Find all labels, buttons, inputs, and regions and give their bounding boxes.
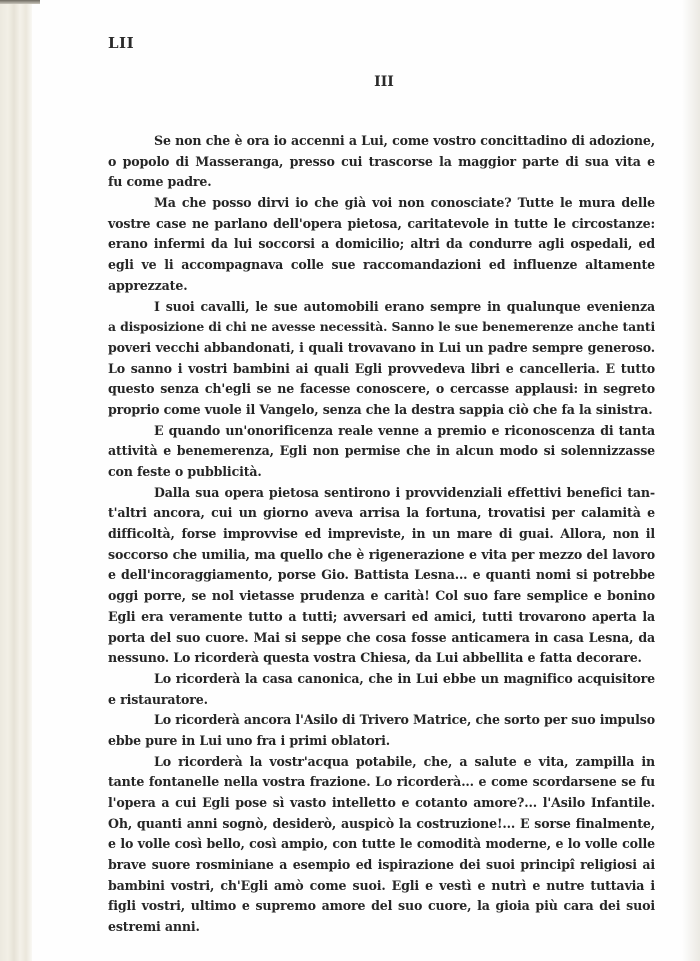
page-right-shadow: [682, 0, 700, 961]
text-line: con feste o pubblicità.: [108, 462, 655, 483]
text-line: questo senza ch'egli se ne facesse conos…: [108, 379, 655, 400]
text-line: l'opera a cui Egli pose sì vasto intelle…: [108, 793, 655, 814]
text-line: Oh, quanti anni sognò, desiderò, auspicò…: [108, 814, 655, 835]
text-line: nessuno. Lo ricorderà questa vostra Chie…: [108, 648, 655, 669]
text-line: I suoi cavalli, le sue automobili erano …: [108, 297, 655, 318]
text-line: soccorso che umilia, ma quello che è rig…: [108, 545, 655, 566]
text-line: ebbe pure in Lui uno fra i primi oblator…: [108, 731, 655, 752]
text-line: proprio come vuole il Vangelo, senza che…: [108, 400, 655, 421]
paragraph: E quando un'onorificenza reale venne a p…: [108, 421, 655, 483]
text-line: Lo ricorderà ancora l'Asilo di Trivero M…: [108, 710, 655, 731]
text-line: e dell'incoraggiamento, porse Gio. Batti…: [108, 565, 655, 586]
text-line: difficoltà, forse improvvise ed imprevis…: [108, 524, 655, 545]
text-line: attività e benemerenza, Egli non permise…: [108, 441, 655, 462]
text-line: e ristauratore.: [108, 690, 655, 711]
text-line: t'altri ancora, cui un giorno aveva arri…: [108, 503, 655, 524]
paragraph: Dalla sua opera pietosa sentirono i prov…: [108, 483, 655, 669]
text-line: vostre case ne parlano dell'opera pietos…: [108, 214, 655, 235]
paragraph: I suoi cavalli, le sue automobili erano …: [108, 297, 655, 421]
paragraph: Se non che è ora io accenni a Lui, come …: [108, 131, 655, 193]
text-line: bambini vostri, ch'Egli amò come suoi. E…: [108, 876, 655, 897]
text-line: Lo ricorderà la vostr'acqua potabile, ch…: [108, 752, 655, 773]
text-line: oggi porre, se nol vietasse prudenza e c…: [108, 586, 655, 607]
page-top-shadow: [0, 0, 40, 4]
text-line: Ma che posso dirvi io che già voi non co…: [108, 193, 655, 214]
text-line: a disposizione di chi ne avesse necessit…: [108, 317, 655, 338]
text-line: erano infermi da lui soccorsi a domicili…: [108, 234, 655, 255]
body-text: Se non che è ora io accenni a Lui, come …: [108, 131, 655, 938]
text-line: tante fontanelle nella vostra frazione. …: [108, 772, 655, 793]
text-line: e lo volle così bello, così ampio, con t…: [108, 834, 655, 855]
paragraph: Lo ricorderà la vostr'acqua potabile, ch…: [108, 752, 655, 938]
text-line: porta del suo cuore. Mai si seppe che co…: [108, 628, 655, 649]
text-line: Egli era veramente tutto a tutti; avvers…: [108, 607, 655, 628]
text-line: Lo sanno i vostri bambini ai quali Egli …: [108, 359, 655, 380]
text-line: E quando un'onorificenza reale venne a p…: [108, 421, 655, 442]
text-line: fu come padre.: [108, 172, 655, 193]
text-line: figli vostri, ultimo e supremo amore del…: [108, 896, 655, 917]
text-line: Se non che è ora io accenni a Lui, come …: [108, 131, 655, 152]
text-line: brave suore rosminiane a esempio ed ispi…: [108, 855, 655, 876]
text-line: egli ve li accompagnava colle sue raccom…: [108, 255, 655, 276]
text-line: apprezzate.: [108, 276, 655, 297]
text-line: Dalla sua opera pietosa sentirono i prov…: [108, 483, 655, 504]
page-number: LII: [108, 34, 134, 52]
text-line: o popolo di Masseranga, presso cui trasc…: [108, 152, 655, 173]
text-line: estremi anni.: [108, 917, 655, 938]
paragraph: Lo ricorderà la casa canonica, che in Lu…: [108, 669, 655, 710]
paragraph: Lo ricorderà ancora l'Asilo di Trivero M…: [108, 710, 655, 751]
book-binding-edge: [0, 0, 32, 961]
text-line: Lo ricorderà la casa canonica, che in Lu…: [108, 669, 655, 690]
text-line: poveri vecchi abbandonati, i quali trova…: [108, 338, 655, 359]
section-heading: III: [0, 74, 700, 90]
paragraph: Ma che posso dirvi io che già voi non co…: [108, 193, 655, 296]
